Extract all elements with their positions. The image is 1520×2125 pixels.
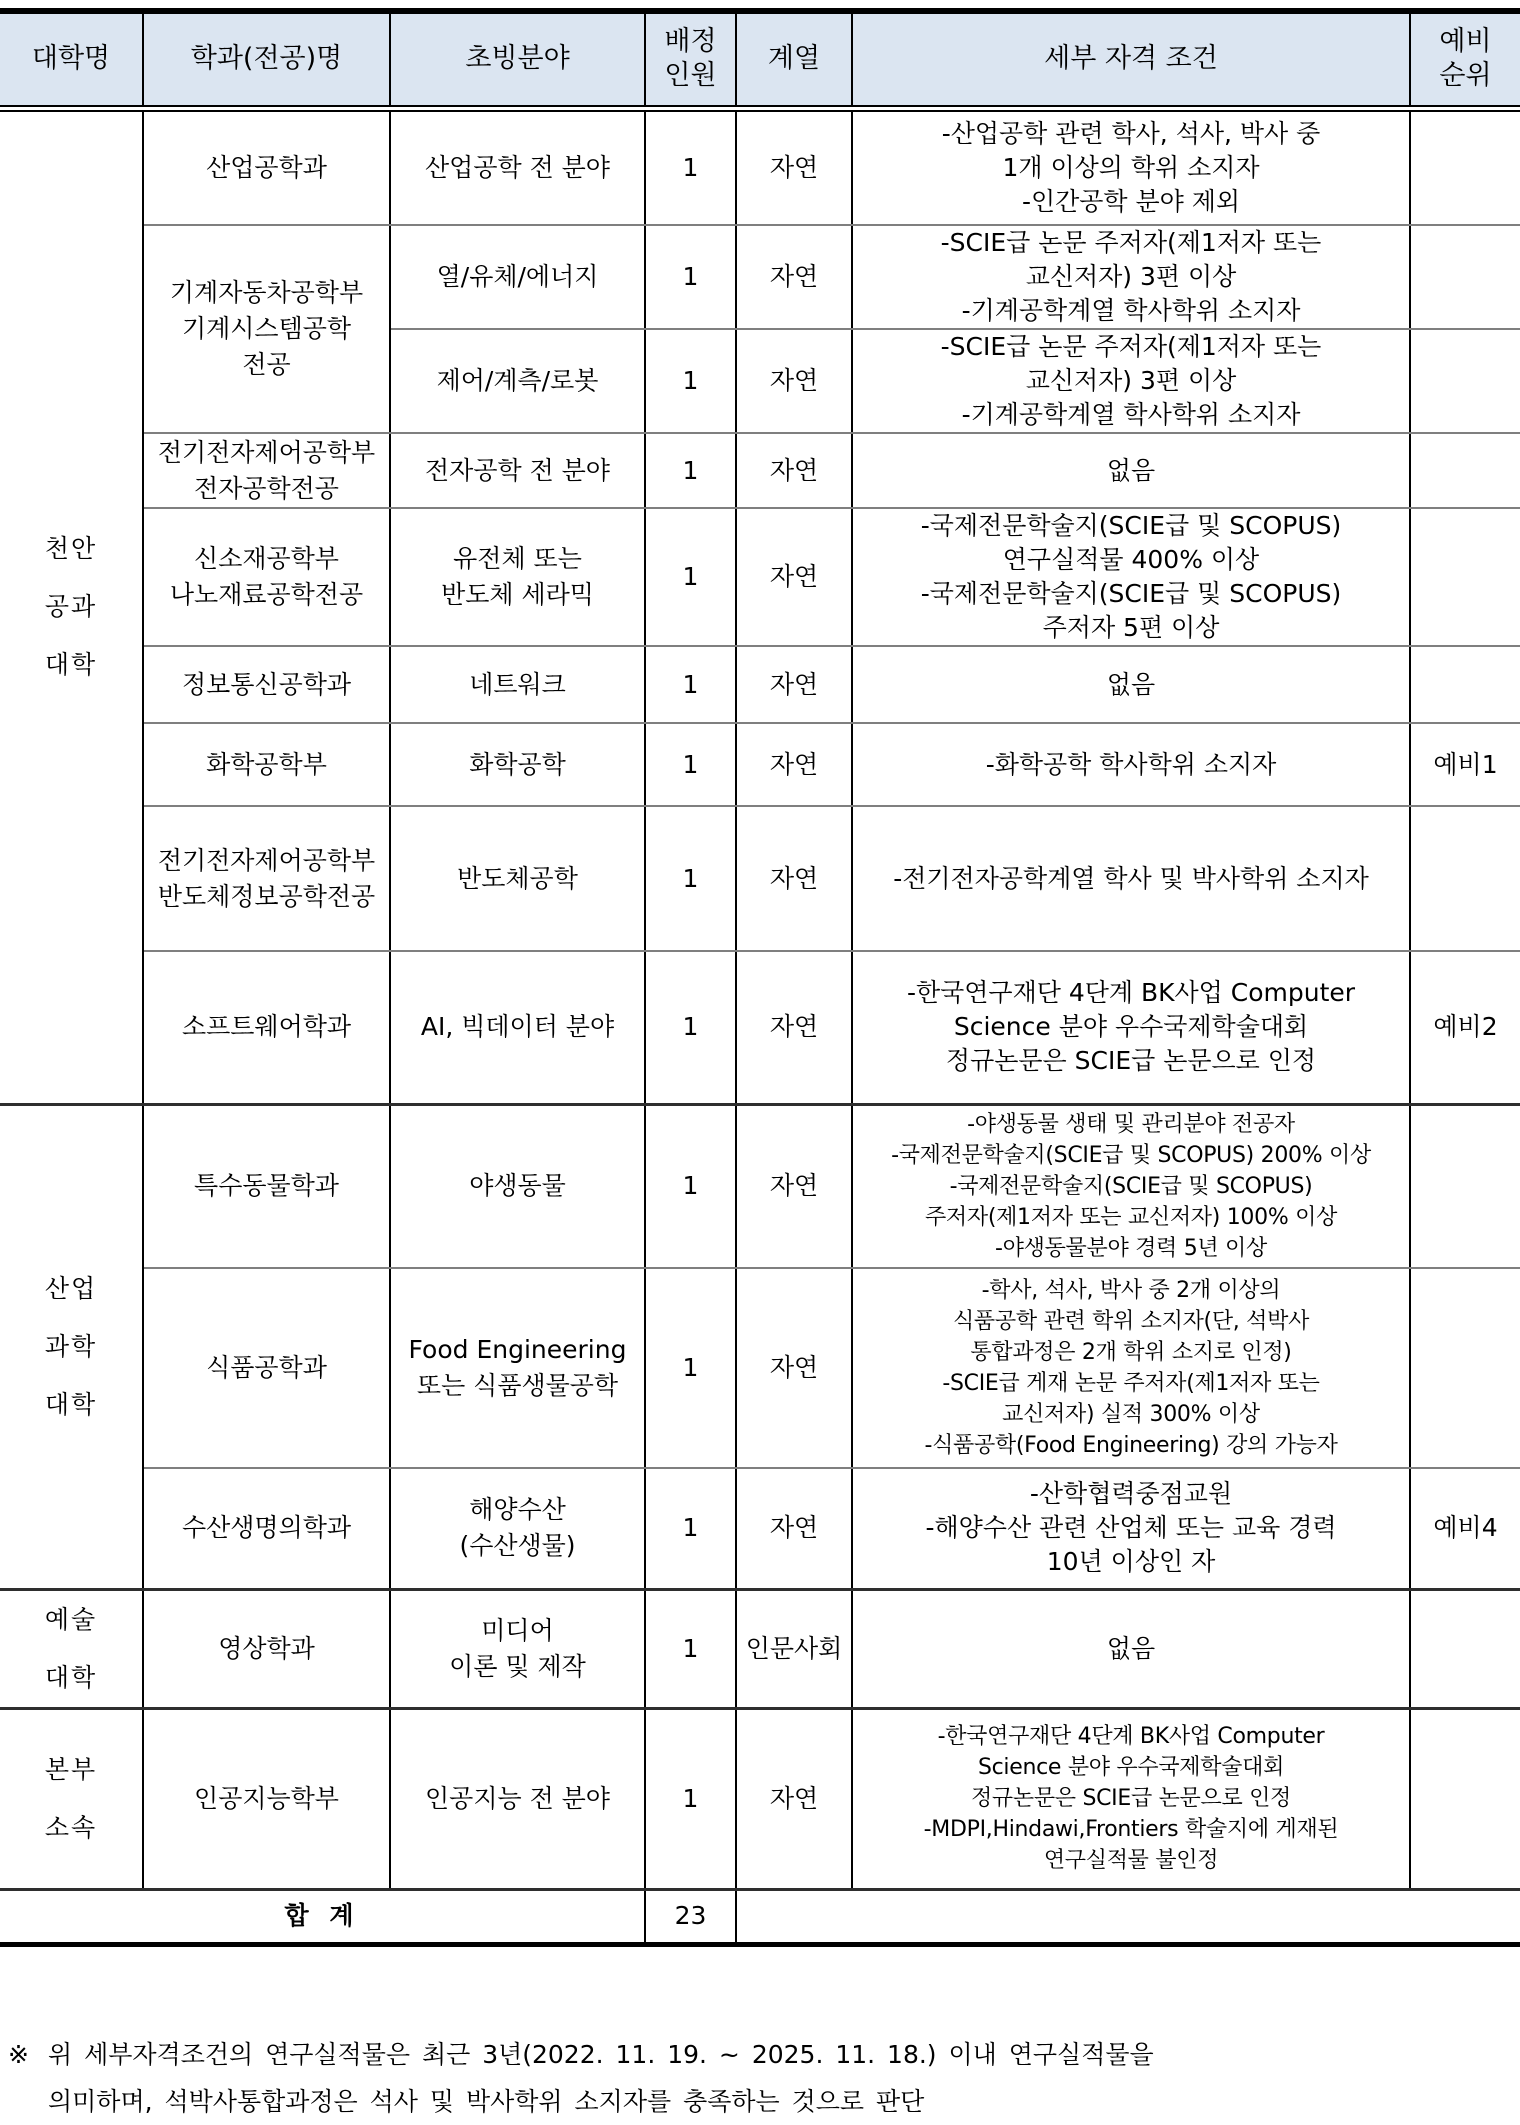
reserve-cell xyxy=(1410,646,1520,723)
field-cell: 반도체공학 xyxy=(390,806,645,951)
header-row: 대학명 학과(전공)명 초빙분야 배정 인원 계열 세부 자격 조건 예비 순위 xyxy=(0,11,1520,108)
field-cell: AI, 빅데이터 분야 xyxy=(390,951,645,1104)
quota-cell: 1 xyxy=(645,806,736,951)
dept-cell: 소프트웨어학과 xyxy=(143,951,390,1104)
track-cell: 자연 xyxy=(736,951,852,1104)
quota-cell: 1 xyxy=(645,433,736,508)
field-cell: 유전체 또는 반도체 세라믹 xyxy=(390,508,645,646)
dept-cell: 영상학과 xyxy=(143,1589,390,1708)
college-cell-cheonan-engineering: 천안 공과 대학 xyxy=(0,108,143,1104)
header-track: 계열 xyxy=(736,11,852,108)
detail-cell: -산업공학 관련 학사, 석사, 박사 중 1개 이상의 학위 소지자 -인간공… xyxy=(852,108,1410,225)
quota-cell: 1 xyxy=(645,1589,736,1708)
detail-cell: -SCIE급 논문 주저자(제1저자 또는 교신저자) 3편 이상 -기계공학계… xyxy=(852,225,1410,329)
track-cell: 자연 xyxy=(736,508,852,646)
header-reserve: 예비 순위 xyxy=(1410,11,1520,108)
reserve-cell: 예비1 xyxy=(1410,723,1520,806)
detail-cell: -SCIE급 논문 주저자(제1저자 또는 교신저자) 3편 이상 -기계공학계… xyxy=(852,329,1410,433)
reserve-cell xyxy=(1410,1268,1520,1468)
total-quota-cell: 23 xyxy=(645,1889,736,1944)
reserve-cell: 예비4 xyxy=(1410,1468,1520,1589)
detail-cell: -국제전문학술지(SCIE급 및 SCOPUS) 연구실적물 400% 이상 -… xyxy=(852,508,1410,646)
header-field: 초빙분야 xyxy=(390,11,645,108)
total-empty-cell xyxy=(736,1889,1520,1944)
dept-cell: 수산생명의학과 xyxy=(143,1468,390,1589)
table-row: 기계자동차공학부 기계시스템공학 전공 열/유체/에너지 1 자연 -SCIE급… xyxy=(0,225,1520,329)
reserve-cell xyxy=(1410,329,1520,433)
detail-cell: -학사, 석사, 박사 중 2개 이상의 식품공학 관련 학위 소지자(단, 석… xyxy=(852,1268,1410,1468)
table-row: 식품공학과 Food Engineering 또는 식품생물공학 1 자연 -학… xyxy=(0,1268,1520,1468)
header-department: 학과(전공)명 xyxy=(143,11,390,108)
table-row: 전기전자제어공학부 반도체정보공학전공 반도체공학 1 자연 -전기전자공학계열… xyxy=(0,806,1520,951)
dept-cell: 특수동물학과 xyxy=(143,1104,390,1268)
footnote: ※ 위 세부자격조건의 연구실적물은 최근 3년(2022. 11. 19. ~… xyxy=(8,2031,1512,2125)
table-row: 산업 과학 대학 특수동물학과 야생동물 1 자연 -야생동물 생태 및 관리분… xyxy=(0,1104,1520,1268)
college-cell-arts: 예술 대학 xyxy=(0,1589,143,1708)
field-cell: 야생동물 xyxy=(390,1104,645,1268)
quota-cell: 1 xyxy=(645,951,736,1104)
table-row: 본부 소속 인공지능학부 인공지능 전 분야 1 자연 -한국연구재단 4단계 … xyxy=(0,1708,1520,1889)
table-row: 정보통신공학과 네트워크 1 자연 없음 xyxy=(0,646,1520,723)
dept-cell: 인공지능학부 xyxy=(143,1708,390,1889)
dept-cell: 식품공학과 xyxy=(143,1268,390,1468)
dept-cell: 화학공학부 xyxy=(143,723,390,806)
track-cell: 자연 xyxy=(736,108,852,225)
total-row: 합 계 23 xyxy=(0,1889,1520,1944)
reserve-cell xyxy=(1410,1589,1520,1708)
track-cell: 자연 xyxy=(736,225,852,329)
reserve-cell xyxy=(1410,1104,1520,1268)
reserve-cell xyxy=(1410,1708,1520,1889)
detail-cell: -산학협력중점교원 -해양수산 관련 산업체 또는 교육 경력 10년 이상인 … xyxy=(852,1468,1410,1589)
field-cell: 열/유체/에너지 xyxy=(390,225,645,329)
table-row: 천안 공과 대학 산업공학과 산업공학 전 분야 1 자연 -산업공학 관련 학… xyxy=(0,108,1520,225)
header-university: 대학명 xyxy=(0,11,143,108)
field-cell: 산업공학 전 분야 xyxy=(390,108,645,225)
faculty-recruitment-table: 대학명 학과(전공)명 초빙분야 배정 인원 계열 세부 자격 조건 예비 순위… xyxy=(0,8,1520,1947)
quota-cell: 1 xyxy=(645,1468,736,1589)
field-cell: 인공지능 전 분야 xyxy=(390,1708,645,1889)
dept-cell: 산업공학과 xyxy=(143,108,390,225)
dept-cell: 기계자동차공학부 기계시스템공학 전공 xyxy=(143,225,390,433)
detail-cell: -한국연구재단 4단계 BK사업 Computer Science 분야 우수국… xyxy=(852,951,1410,1104)
table-row: 전기전자제어공학부 전자공학전공 전자공학 전 분야 1 자연 없음 xyxy=(0,433,1520,508)
track-cell: 자연 xyxy=(736,646,852,723)
reserve-cell xyxy=(1410,225,1520,329)
college-cell-headquarters: 본부 소속 xyxy=(0,1708,143,1889)
quota-cell: 1 xyxy=(645,723,736,806)
document-page: 대학명 학과(전공)명 초빙분야 배정 인원 계열 세부 자격 조건 예비 순위… xyxy=(0,0,1520,2125)
track-cell: 자연 xyxy=(736,433,852,508)
table-row: 예술 대학 영상학과 미디어 이론 및 제작 1 인문사회 없음 xyxy=(0,1589,1520,1708)
total-label-cell: 합 계 xyxy=(0,1889,645,1944)
reserve-cell xyxy=(1410,508,1520,646)
detail-cell: 없음 xyxy=(852,646,1410,723)
footnote-text: 위 세부자격조건의 연구실적물은 최근 3년(2022. 11. 19. ~ 2… xyxy=(48,2031,1154,2125)
header-quota: 배정 인원 xyxy=(645,11,736,108)
field-cell: Food Engineering 또는 식품생물공학 xyxy=(390,1268,645,1468)
dept-cell: 정보통신공학과 xyxy=(143,646,390,723)
table-row: 소프트웨어학과 AI, 빅데이터 분야 1 자연 -한국연구재단 4단계 BK사… xyxy=(0,951,1520,1104)
detail-cell: -한국연구재단 4단계 BK사업 Computer Science 분야 우수국… xyxy=(852,1708,1410,1889)
quota-cell: 1 xyxy=(645,508,736,646)
table-row: 수산생명의학과 해양수산 (수산생물) 1 자연 -산학협력중점교원 -해양수산… xyxy=(0,1468,1520,1589)
quota-cell: 1 xyxy=(645,1708,736,1889)
detail-cell: 없음 xyxy=(852,433,1410,508)
quota-cell: 1 xyxy=(645,329,736,433)
field-cell: 해양수산 (수산생물) xyxy=(390,1468,645,1589)
track-cell: 자연 xyxy=(736,723,852,806)
track-cell: 자연 xyxy=(736,1268,852,1468)
quota-cell: 1 xyxy=(645,646,736,723)
quota-cell: 1 xyxy=(645,225,736,329)
reserve-cell: 예비2 xyxy=(1410,951,1520,1104)
track-cell: 자연 xyxy=(736,329,852,433)
detail-cell: 없음 xyxy=(852,1589,1410,1708)
field-cell: 네트워크 xyxy=(390,646,645,723)
field-cell: 화학공학 xyxy=(390,723,645,806)
reserve-cell xyxy=(1410,806,1520,951)
track-cell: 자연 xyxy=(736,806,852,951)
quota-cell: 1 xyxy=(645,108,736,225)
track-cell: 인문사회 xyxy=(736,1589,852,1708)
header-detail: 세부 자격 조건 xyxy=(852,11,1410,108)
table-row: 화학공학부 화학공학 1 자연 -화학공학 학사학위 소지자 예비1 xyxy=(0,723,1520,806)
field-cell: 전자공학 전 분야 xyxy=(390,433,645,508)
footnote-marker: ※ xyxy=(8,2031,48,2125)
track-cell: 자연 xyxy=(736,1708,852,1889)
reserve-cell xyxy=(1410,108,1520,225)
field-cell: 제어/계측/로봇 xyxy=(390,329,645,433)
dept-cell: 전기전자제어공학부 반도체정보공학전공 xyxy=(143,806,390,951)
college-cell-industrial-science: 산업 과학 대학 xyxy=(0,1104,143,1589)
table-row: 신소재공학부 나노재료공학전공 유전체 또는 반도체 세라믹 1 자연 -국제전… xyxy=(0,508,1520,646)
track-cell: 자연 xyxy=(736,1468,852,1589)
detail-cell: -전기전자공학계열 학사 및 박사학위 소지자 xyxy=(852,806,1410,951)
quota-cell: 1 xyxy=(645,1268,736,1468)
detail-cell: -야생동물 생태 및 관리분야 전공자 -국제전문학술지(SCIE급 및 SCO… xyxy=(852,1104,1410,1268)
detail-cell: -화학공학 학사학위 소지자 xyxy=(852,723,1410,806)
reserve-cell xyxy=(1410,433,1520,508)
quota-cell: 1 xyxy=(645,1104,736,1268)
field-cell: 미디어 이론 및 제작 xyxy=(390,1589,645,1708)
track-cell: 자연 xyxy=(736,1104,852,1268)
dept-cell: 전기전자제어공학부 전자공학전공 xyxy=(143,433,390,508)
dept-cell: 신소재공학부 나노재료공학전공 xyxy=(143,508,390,646)
